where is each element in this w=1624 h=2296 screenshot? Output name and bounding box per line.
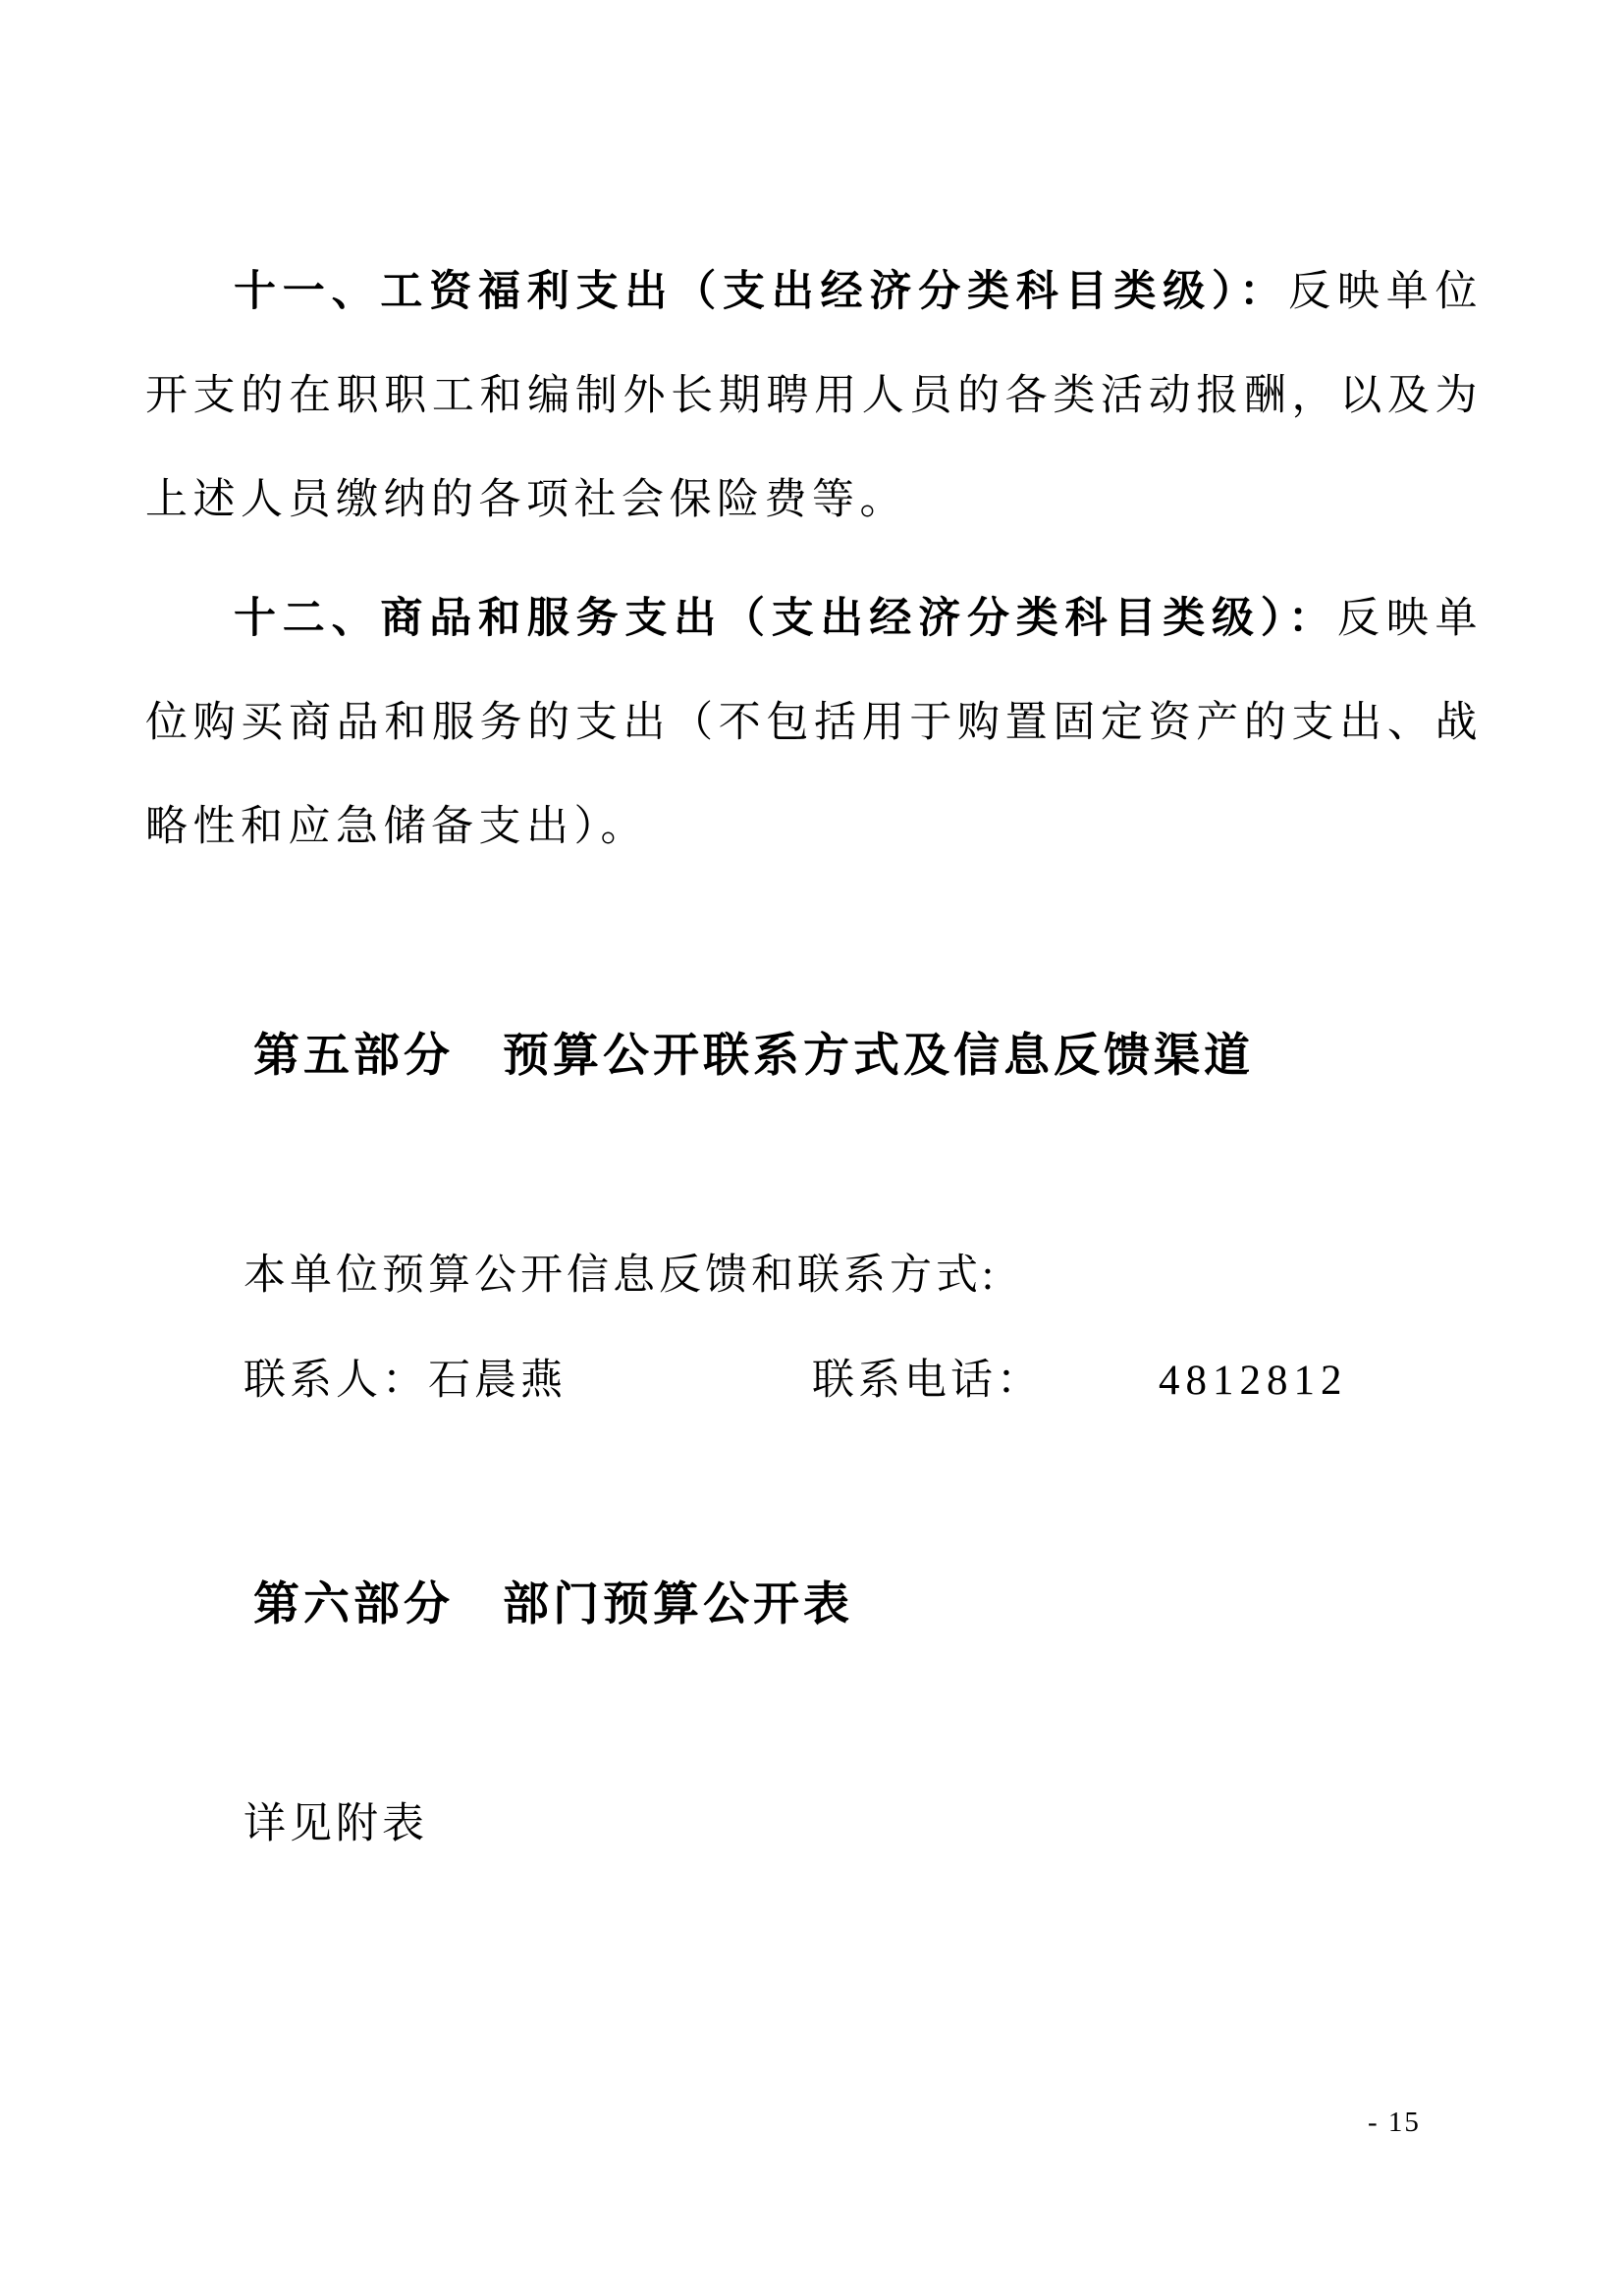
paragraph-11-lead: 十一、工资福利支出（支出经济分类科目类级）： xyxy=(234,268,1288,315)
section5-heading-part: 第五部分 xyxy=(253,1031,454,1082)
paragraph-12-lead: 十二、商品和服务支出（支出经济分类科目类级）： xyxy=(234,595,1337,642)
phone-group: 联系电话：4812812 xyxy=(714,1328,1348,1433)
contact-person-label: 联系人： xyxy=(244,1358,428,1404)
document-content: 十一、工资福利支出（支出经济分类科目类级）：反映单位开支的在职职工和编制外长期聘… xyxy=(145,240,1483,1877)
contact-person-name: 石晨燕 xyxy=(428,1358,567,1404)
contact-intro: 本单位预算公开信息反馈和联系方式: xyxy=(145,1223,1483,1328)
section6-heading-part: 第六部分 xyxy=(253,1579,454,1630)
phone-number: 4812812 xyxy=(1060,1328,1348,1433)
paragraph-item-11: 十一、工资福利支出（支出经济分类科目类级）：反映单位开支的在职职工和编制外长期聘… xyxy=(145,240,1483,553)
section6-heading: 第六部分部门预算公开表 xyxy=(145,1575,1483,1634)
contact-line: 联系人：石晨燕联系电话：4812812 xyxy=(145,1328,1483,1433)
appendix-note: 详见附表 xyxy=(145,1772,1483,1877)
section6-heading-title: 部门预算公开表 xyxy=(503,1579,853,1630)
page-number: - 15 xyxy=(1368,2107,1421,2139)
document-page: 十一、工资福利支出（支出经济分类科目类级）：反映单位开支的在职职工和编制外长期聘… xyxy=(0,0,1624,2296)
paragraph-item-12: 十二、商品和服务支出（支出经济分类科目类级）：反映单位购买商品和服务的支出（不包… xyxy=(145,566,1483,880)
section5-heading: 第五部分预算公开联系方式及信息反馈渠道 xyxy=(145,1027,1483,1086)
phone-label: 联系电话： xyxy=(812,1358,1043,1404)
section5-heading-title: 预算公开联系方式及信息反馈渠道 xyxy=(503,1031,1254,1082)
